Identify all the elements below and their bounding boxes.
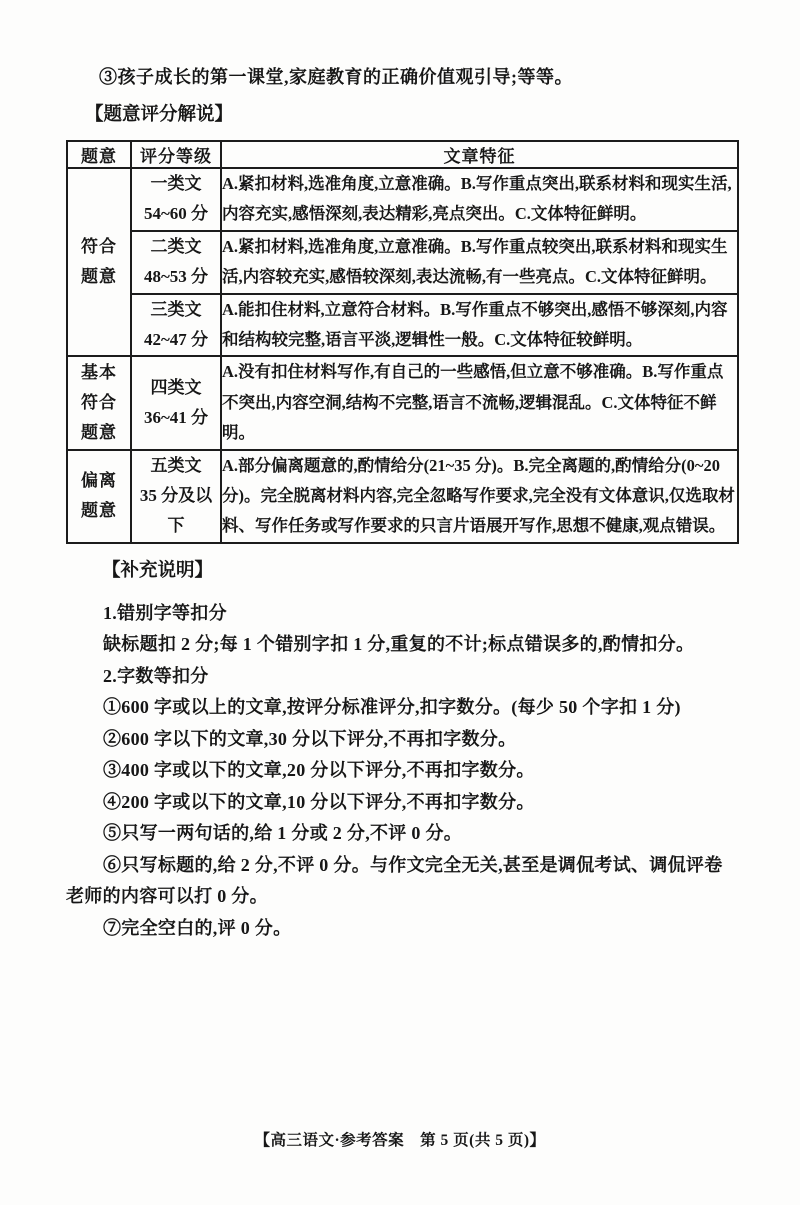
table-row: 二类文 48~53 分 A.紧扣材料,选准角度,立意准确。B.写作重点较突出,联… (67, 231, 738, 294)
grade-range: 35 分及以下 (132, 481, 220, 541)
grade-name: 五类文 (132, 451, 220, 481)
table-row: 偏离 题意 五类文 35 分及以下 A.部分偏离题意的,酌情给分(21~35 分… (67, 450, 738, 543)
note-item: 缺标题扣 2 分;每 1 个错别字扣 1 分,重复的不计;标点错误多的,酌情扣分… (66, 629, 737, 661)
grade-range: 54~60 分 (132, 199, 220, 229)
note-item: ③400 字或以下的文章,20 分以下评分,不再扣字数分。 (66, 755, 737, 787)
grade-name: 三类文 (132, 295, 220, 325)
grade-cell: 二类文 48~53 分 (131, 231, 221, 294)
grade-name: 一类文 (132, 169, 220, 199)
grade-name: 四类文 (132, 373, 220, 403)
note-item: ②600 字以下的文章,30 分以下评分,不再扣字数分。 (66, 724, 737, 756)
features-cell: A.没有扣住材料写作,有自己的一些感悟,但立意不够准确。B.写作重点不突出,内容… (221, 356, 738, 449)
page-footer: 【高三语文·参考答案 第 5 页(共 5 页)】 (0, 1128, 800, 1150)
note-item: ⑦完全空白的,评 0 分。 (66, 913, 737, 945)
features-cell: A.紧扣材料,选准角度,立意准确。B.写作重点突出,联系材料和现实生活,内容充实… (221, 168, 738, 231)
category-cell-basically-matches-topic: 基本 符合 题意 (67, 356, 131, 449)
grade-cell: 五类文 35 分及以下 (131, 450, 221, 543)
grade-range: 36~41 分 (132, 403, 220, 433)
note-item: ⑥只写标题的,给 2 分,不评 0 分。与作文完全无关,甚至是调侃考试、调侃评卷… (66, 850, 737, 913)
table-row: 符合 题意 一类文 54~60 分 A.紧扣材料,选准角度,立意准确。B.写作重… (67, 168, 738, 231)
note-item: ①600 字或以上的文章,按评分标准评分,扣字数分。(每少 50 个字扣 1 分… (66, 692, 737, 724)
header-topic: 题意 (67, 141, 131, 168)
table-row: 基本 符合 题意 四类文 36~41 分 A.没有扣住材料写作,有自己的一些感悟… (67, 356, 738, 449)
category-cell-matches-topic: 符合 题意 (67, 168, 131, 356)
features-cell: A.能扣住材料,立意符合材料。B.写作重点不够突出,感悟不够深刻,内容和结构较完… (221, 294, 738, 357)
header-grade-level: 评分等级 (131, 141, 221, 168)
grade-cell: 四类文 36~41 分 (131, 356, 221, 449)
section-title-scoring-explanation: 【题意评分解说】 (66, 102, 737, 128)
note-item: 1.错别字等扣分 (66, 598, 737, 630)
grade-cell: 一类文 54~60 分 (131, 168, 221, 231)
grade-range: 42~47 分 (132, 325, 220, 355)
scoring-table: 题意 评分等级 文章特征 符合 题意 一类文 54~60 分 A.紧扣材料,选准… (66, 140, 739, 544)
intro-paragraph: ③孩子成长的第一课堂,家庭教育的正确价值观引导;等等。 (66, 64, 737, 90)
notes-list: 1.错别字等扣分 缺标题扣 2 分;每 1 个错别字扣 1 分,重复的不计;标点… (66, 598, 737, 945)
category-cell-off-topic: 偏离 题意 (67, 450, 131, 543)
note-item: ④200 字或以下的文章,10 分以下评分,不再扣字数分。 (66, 787, 737, 819)
table-row: 三类文 42~47 分 A.能扣住材料,立意符合材料。B.写作重点不够突出,感悟… (67, 294, 738, 357)
features-cell: A.部分偏离题意的,酌情给分(21~35 分)。B.完全离题的,酌情给分(0~2… (221, 450, 738, 543)
features-cell: A.紧扣材料,选准角度,立意准确。B.写作重点较突出,联系材料和现实生活,内容较… (221, 231, 738, 294)
page-content: ③孩子成长的第一课堂,家庭教育的正确价值观引导;等等。 【题意评分解说】 题意 … (66, 0, 737, 944)
table-header-row: 题意 评分等级 文章特征 (67, 141, 738, 168)
grade-range: 48~53 分 (132, 262, 220, 292)
note-item: 2.字数等扣分 (66, 661, 737, 693)
grade-name: 二类文 (132, 232, 220, 262)
header-essay-features: 文章特征 (221, 141, 738, 168)
section-title-supplementary-notes: 【补充说明】 (66, 558, 737, 584)
note-item: ⑤只写一两句话的,给 1 分或 2 分,不评 0 分。 (66, 818, 737, 850)
grade-cell: 三类文 42~47 分 (131, 294, 221, 357)
